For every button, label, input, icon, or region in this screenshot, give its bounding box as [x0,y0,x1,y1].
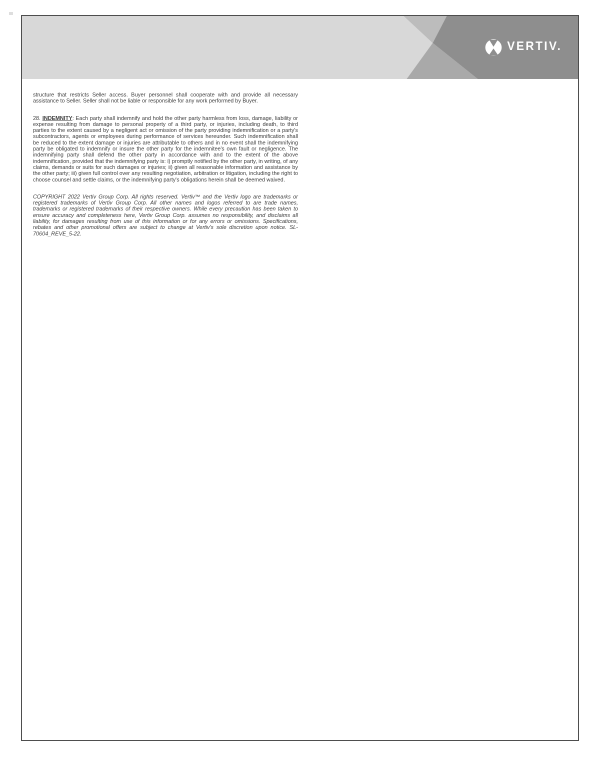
screenshot-canvas: VERTIV. structure that restricts Seller … [0,0,600,776]
header-band: VERTIV. [22,16,578,79]
vertiv-mark-icon [485,39,502,56]
clause-text: Each party shall indemnify and hold the … [33,115,298,182]
clause-number: 28. [33,115,42,121]
paragraph-indemnity-clause: 28. INDEMNITY: Each party shall indemnif… [33,115,298,183]
paragraph-continuation: structure that restricts Seller access. … [33,92,298,104]
text-column: structure that restricts Seller access. … [33,92,298,237]
vertiv-brand-text: VERTIV. [507,39,562,56]
paragraph-copyright: COPYRIGHT 2022 Vertiv Group Corp. All ri… [33,194,298,237]
vertiv-logo: VERTIV. [485,39,562,56]
scan-corner-artifact [9,12,13,15]
clause-term: INDEMNITY [42,115,72,121]
document-page: VERTIV. structure that restricts Seller … [21,15,579,741]
document-body: structure that restricts Seller access. … [33,92,299,262]
